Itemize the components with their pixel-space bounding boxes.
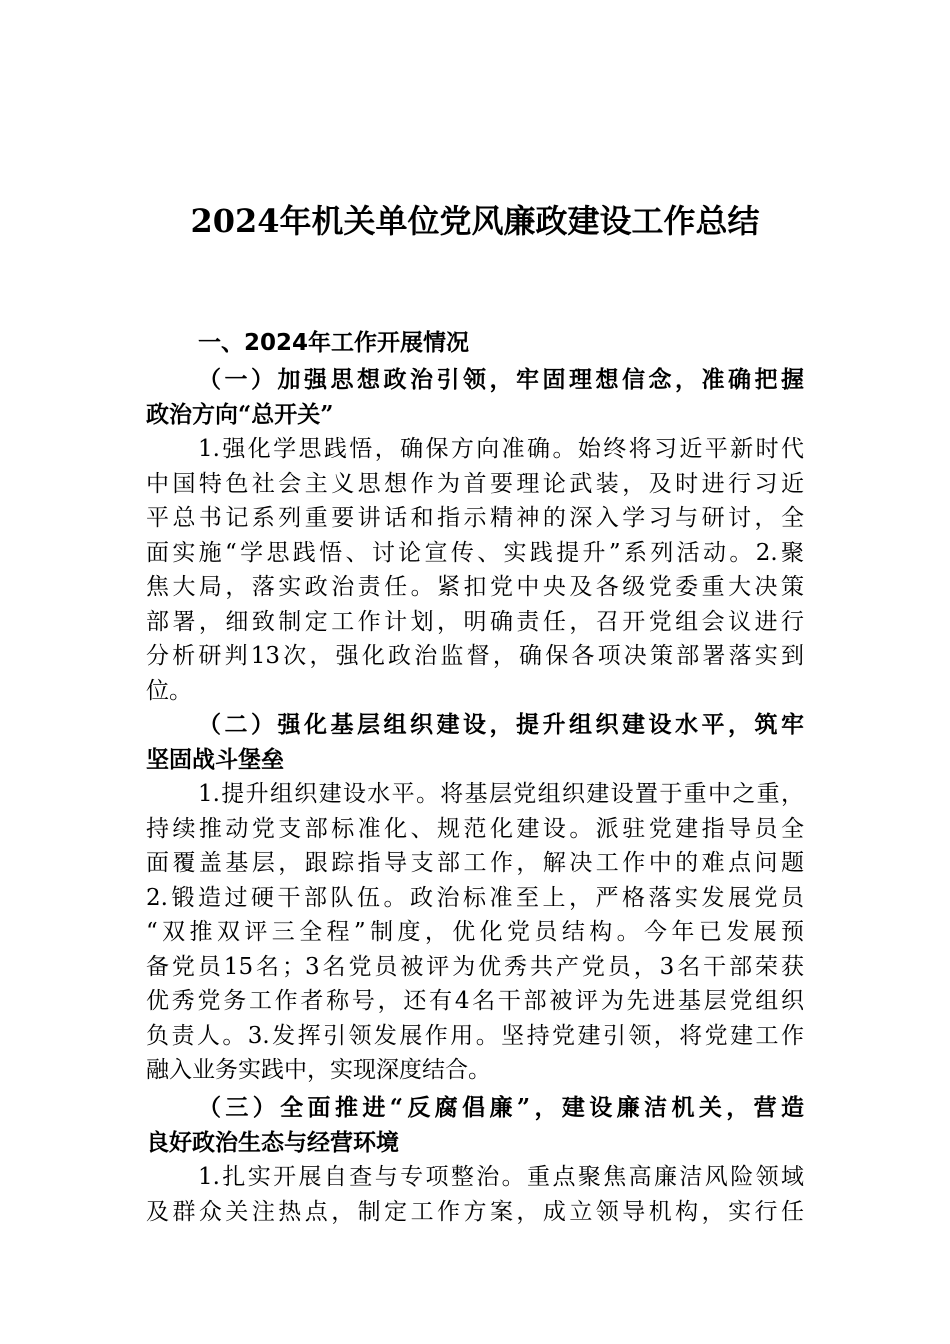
subsection-1-heading-line-1: （一）加强思想政治引领，牢固理想信念，准确把握 bbox=[146, 363, 804, 398]
subsection-1-paragraph-line: 部署，细致制定工作计划，明确责任，召开党组会议进行 bbox=[146, 605, 804, 640]
subsection-2-paragraph-line: 2.锻造过硬干部队伍。政治标准至上，严格落实发展党员 bbox=[146, 881, 804, 916]
subsection-1-paragraph-line: 平总书记系列重要讲话和指示精神的深入学习与研讨，全 bbox=[146, 501, 804, 536]
section-heading-block: 一、2024年工作开展情况 bbox=[146, 326, 804, 361]
subsection-3-heading-line-2: 良好政治生态与经营环境 bbox=[146, 1126, 804, 1161]
subsection-1-paragraph-line: 焦大局，落实政治责任。紧扣党中央及各级党委重大决策 bbox=[146, 570, 804, 605]
document-title: 2024年机关单位党风廉政建设工作总结 bbox=[0, 196, 950, 246]
subsection-3-heading-line-1: （三）全面推进“反腐倡廉”，建设廉洁机关，营造 bbox=[146, 1091, 804, 1126]
subsection-1-heading-line-2: 政治方向“总开关” bbox=[146, 398, 804, 433]
subsection-3: （三）全面推进“反腐倡廉”，建设廉洁机关，营造 良好政治生态与经营环境 1.扎实… bbox=[146, 1091, 804, 1229]
subsection-2-heading-line-1: （二）强化基层组织建设，提升组织建设水平，筑牢 bbox=[146, 708, 804, 743]
subsection-2-heading-line-2: 坚固战斗堡垒 bbox=[146, 743, 804, 778]
subsection-3-paragraph-line: 1.扎实开展自查与专项整治。重点聚焦高廉洁风险领域 bbox=[146, 1160, 804, 1195]
subsection-2-paragraph-line: 融入业务实践中，实现深度结合。 bbox=[146, 1053, 804, 1088]
subsection-1-paragraph-line: 位。 bbox=[146, 674, 804, 709]
document-page: 2024年机关单位党风廉政建设工作总结 一、2024年工作开展情况 （一）加强思… bbox=[0, 0, 950, 1344]
subsection-2-paragraph-line: 持续推动党支部标准化、规范化建设。派驻党建指导员全 bbox=[146, 812, 804, 847]
subsection-2-paragraph-line: 备党员15名；3名党员被评为优秀共产党员，3名干部荣获 bbox=[146, 950, 804, 985]
subsection-1-paragraph-line: 面实施“学思践悟、讨论宣传、实践提升”系列活动。2.聚 bbox=[146, 536, 804, 571]
subsection-2-paragraph-line: 负责人。3.发挥引领发展作用。坚持党建引领，将党建工作 bbox=[146, 1019, 804, 1054]
subsection-3-paragraph-line: 及群众关注热点，制定工作方案，成立领导机构，实行任 bbox=[146, 1195, 804, 1230]
subsection-2-paragraph-line: 面覆盖基层，跟踪指导支部工作，解决工作中的难点问题 bbox=[146, 846, 804, 881]
subsection-2-paragraph-line: 1.提升组织建设水平。将基层党组织建设置于重中之重， bbox=[146, 777, 804, 812]
subsection-2-paragraph-line: 优秀党务工作者称号，还有4名干部被评为先进基层党组织 bbox=[146, 984, 804, 1019]
subsection-1-paragraph-line: 中国特色社会主义思想作为首要理论武装，及时进行习近 bbox=[146, 467, 804, 502]
subsection-2: （二）强化基层组织建设，提升组织建设水平，筑牢 坚固战斗堡垒 1.提升组织建设水… bbox=[146, 708, 804, 1088]
subsection-1-paragraph-line: 1.强化学思践悟，确保方向准确。始终将习近平新时代 bbox=[146, 432, 804, 467]
subsection-1: （一）加强思想政治引领，牢固理想信念，准确把握 政治方向“总开关” 1.强化学思… bbox=[146, 363, 804, 708]
subsection-2-paragraph-line: “双推双评三全程”制度，优化党员结构。今年已发展预 bbox=[146, 915, 804, 950]
section-heading: 一、2024年工作开展情况 bbox=[146, 326, 804, 361]
subsection-1-paragraph-line: 分析研判13次，强化政治监督，确保各项决策部署落实到 bbox=[146, 639, 804, 674]
